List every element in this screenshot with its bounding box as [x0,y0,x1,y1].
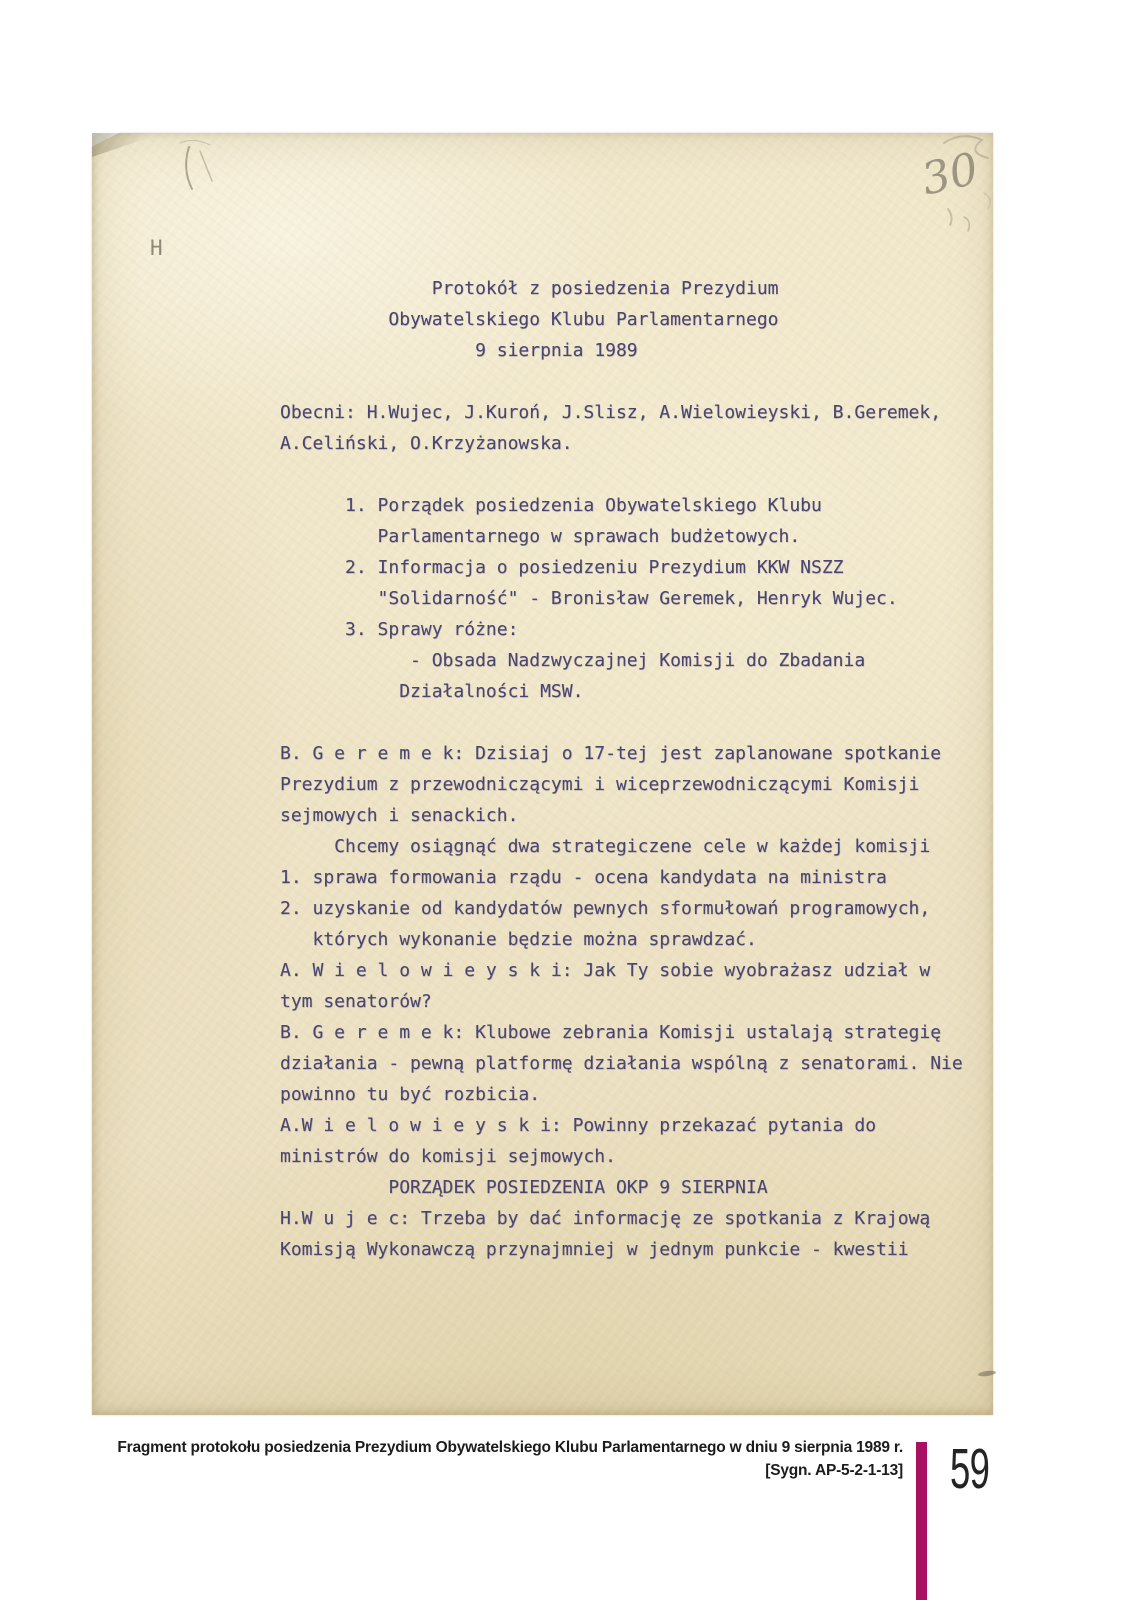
scanned-document: H 30 Protokół z posiedzenia Prezydium Ob… [92,133,993,1415]
margin-letter: H [150,236,163,260]
page-accent-bar [916,1442,927,1600]
caption-title: Fragment protokołu posiedzenia Prezydium… [103,1437,903,1460]
typewritten-text: Protokół z posiedzenia Prezydium Obywate… [280,273,963,1265]
caption-signature: [Sygn. AP-5-2-1-13] [103,1460,903,1483]
paper-corner-shadow [92,133,162,157]
handwritten-page-number: 30 [917,143,983,205]
ink-smudge [978,1370,997,1377]
page-number: 59 [950,1436,989,1502]
pencil-stroke-top-left [180,140,212,189]
caption: Fragment protokołu posiedzenia Prezydium… [103,1437,903,1482]
